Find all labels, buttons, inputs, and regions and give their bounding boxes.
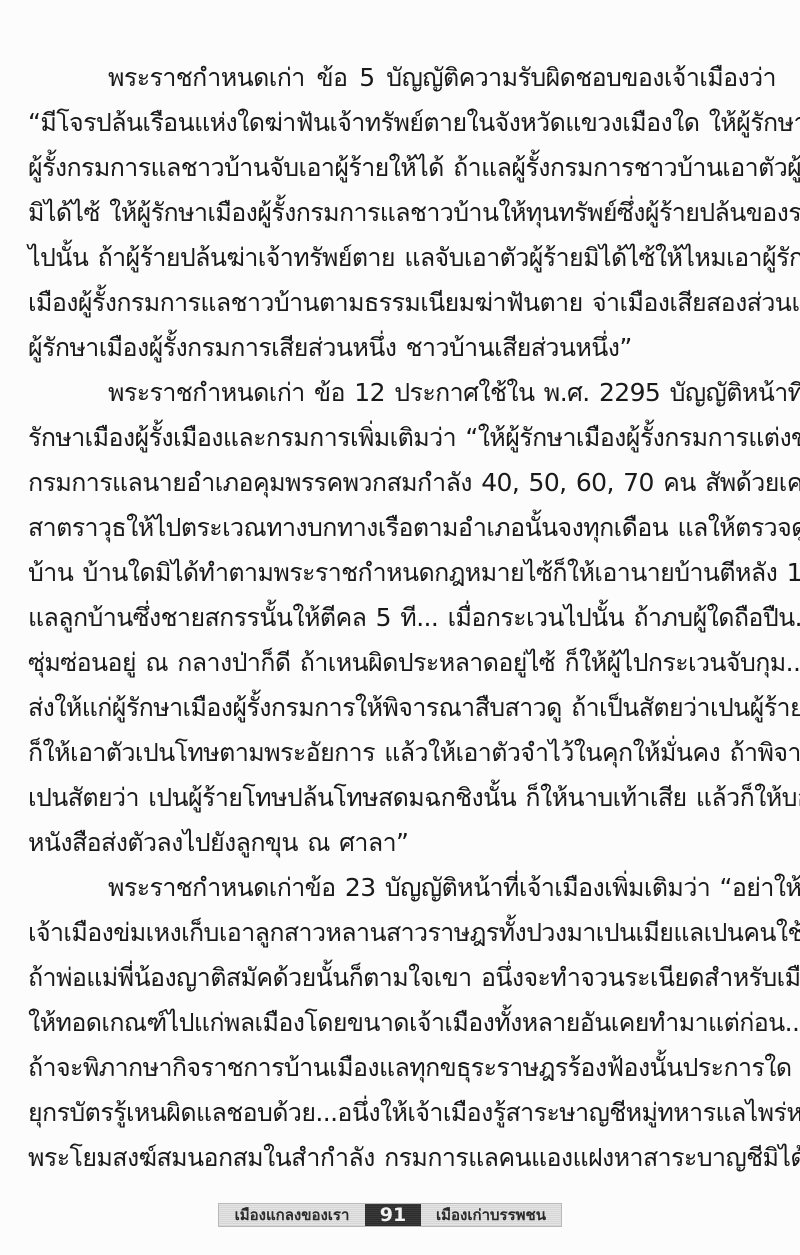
text-line: มิได้ไซ้ ให้ผู้รักษาเมืองผู้รั้งกรมการแล… xyxy=(28,190,776,235)
paragraph-3: พระราชกำหนดเก่าข้อ 23 บัญญัติหน้าที่เจ้า… xyxy=(28,865,776,1180)
text-line: แลลูกบ้านซึ่งชายสกรรนั้นให้ตีคล 5 ที... … xyxy=(28,595,776,640)
footer-right-title: เมืองเก่าบรรพชน xyxy=(421,1204,561,1226)
text-line: พระโยมสงฆ์สมนอกสมในสำกำลัง กรมการแลคนแอง… xyxy=(28,1135,776,1180)
text-line: พระราชกำหนดเก่า ข้อ 5 บัญญัติความรับผิดช… xyxy=(28,55,776,100)
paragraph-2: พระราชกำหนดเก่า ข้อ 12 ประกาศใช้ใน พ.ศ. … xyxy=(28,370,776,865)
text-line: หนังสือส่งตัวลงไปยังลูกขุน ณ ศาลา” xyxy=(28,820,776,865)
footer-left-title: เมืองแกลงของเรา xyxy=(219,1204,365,1226)
text-line: พระราชกำหนดเก่าข้อ 23 บัญญัติหน้าที่เจ้า… xyxy=(28,865,776,910)
text-line: ผู้รั้งกรมการแลชาวบ้านจับเอาผู้ร้ายให้ได… xyxy=(28,145,776,190)
text-line: สาตราวุธให้ไปตระเวณทางบกทางเรือตามอำเภอน… xyxy=(28,505,776,550)
text-line: พระราชกำหนดเก่า ข้อ 12 ประกาศใช้ใน พ.ศ. … xyxy=(28,370,776,415)
text-line: รักษาเมืองผู้รั้งเมืองและกรมการเพิ่มเติม… xyxy=(28,415,776,460)
text-line: ถ้าจะพิภากษากิจราชการบ้านเมืองแลทุกขธุระ… xyxy=(28,1045,776,1090)
text-line: “มีโจรปล้นเรือนแห่งใดฆ่าฟันเจ้าทรัพย์ตาย… xyxy=(28,100,776,145)
text-line: เมืองผู้รั้งกรมการแลชาวบ้านตามธรรมเนียมฆ… xyxy=(28,280,776,325)
page-footer: เมืองแกลงของเรา 91 เมืองเก่าบรรพชน xyxy=(218,1203,562,1227)
text-line: ซุ่มซ่อนอยู่ ณ กลางป่าก็ดี ถ้าเหนผิดประห… xyxy=(28,640,776,685)
text-line: กรมการแลนายอำเภอคุมพรรคพวกสมกำลัง 40, 50… xyxy=(28,460,776,505)
text-line: ยุกรบัตรรู้เหนผิดแลชอบด้วย...อนึ่งให้เจ้… xyxy=(28,1090,776,1135)
page-number: 91 xyxy=(365,1204,421,1226)
page-body: พระราชกำหนดเก่า ข้อ 5 บัญญัติความรับผิดช… xyxy=(28,55,776,1180)
text-line: บ้าน บ้านใดมิได้ทำตามพระราชกำหนดกฎหมายไซ… xyxy=(28,550,776,595)
text-line: ถ้าพ่อแม่พี่น้องญาติสมัคด้วยนั้นก็ตามใจเ… xyxy=(28,955,776,1000)
text-line: เจ้าเมืองข่มเหงเก็บเอาลูกสาวหลานสาวราษฎร… xyxy=(28,910,776,955)
text-line: ให้ทอดเกณฑ์ไปแก่พลเมืองโดยขนาดเจ้าเมืองท… xyxy=(28,1000,776,1045)
paragraph-1: พระราชกำหนดเก่า ข้อ 5 บัญญัติความรับผิดช… xyxy=(28,55,776,370)
text-line: ส่งให้แก่ผู้รักษาเมืองผู้รั้งกรมการให้พิ… xyxy=(28,685,776,730)
text-line: ก็ให้เอาตัวเปนโทษตามพระอัยการ แล้วให้เอา… xyxy=(28,730,776,775)
text-line: ผู้รักษาเมืองผู้รั้งกรมการเสียส่วนหนึ่ง … xyxy=(28,325,776,370)
text-line: ไปนั้น ถ้าผู้ร้ายปล้นฆ่าเจ้าทรัพย์ตาย แล… xyxy=(28,235,776,280)
text-line: เปนสัตยว่า เปนผู้ร้ายโทษปล้นโทษสดมฉกชิงน… xyxy=(28,775,776,820)
